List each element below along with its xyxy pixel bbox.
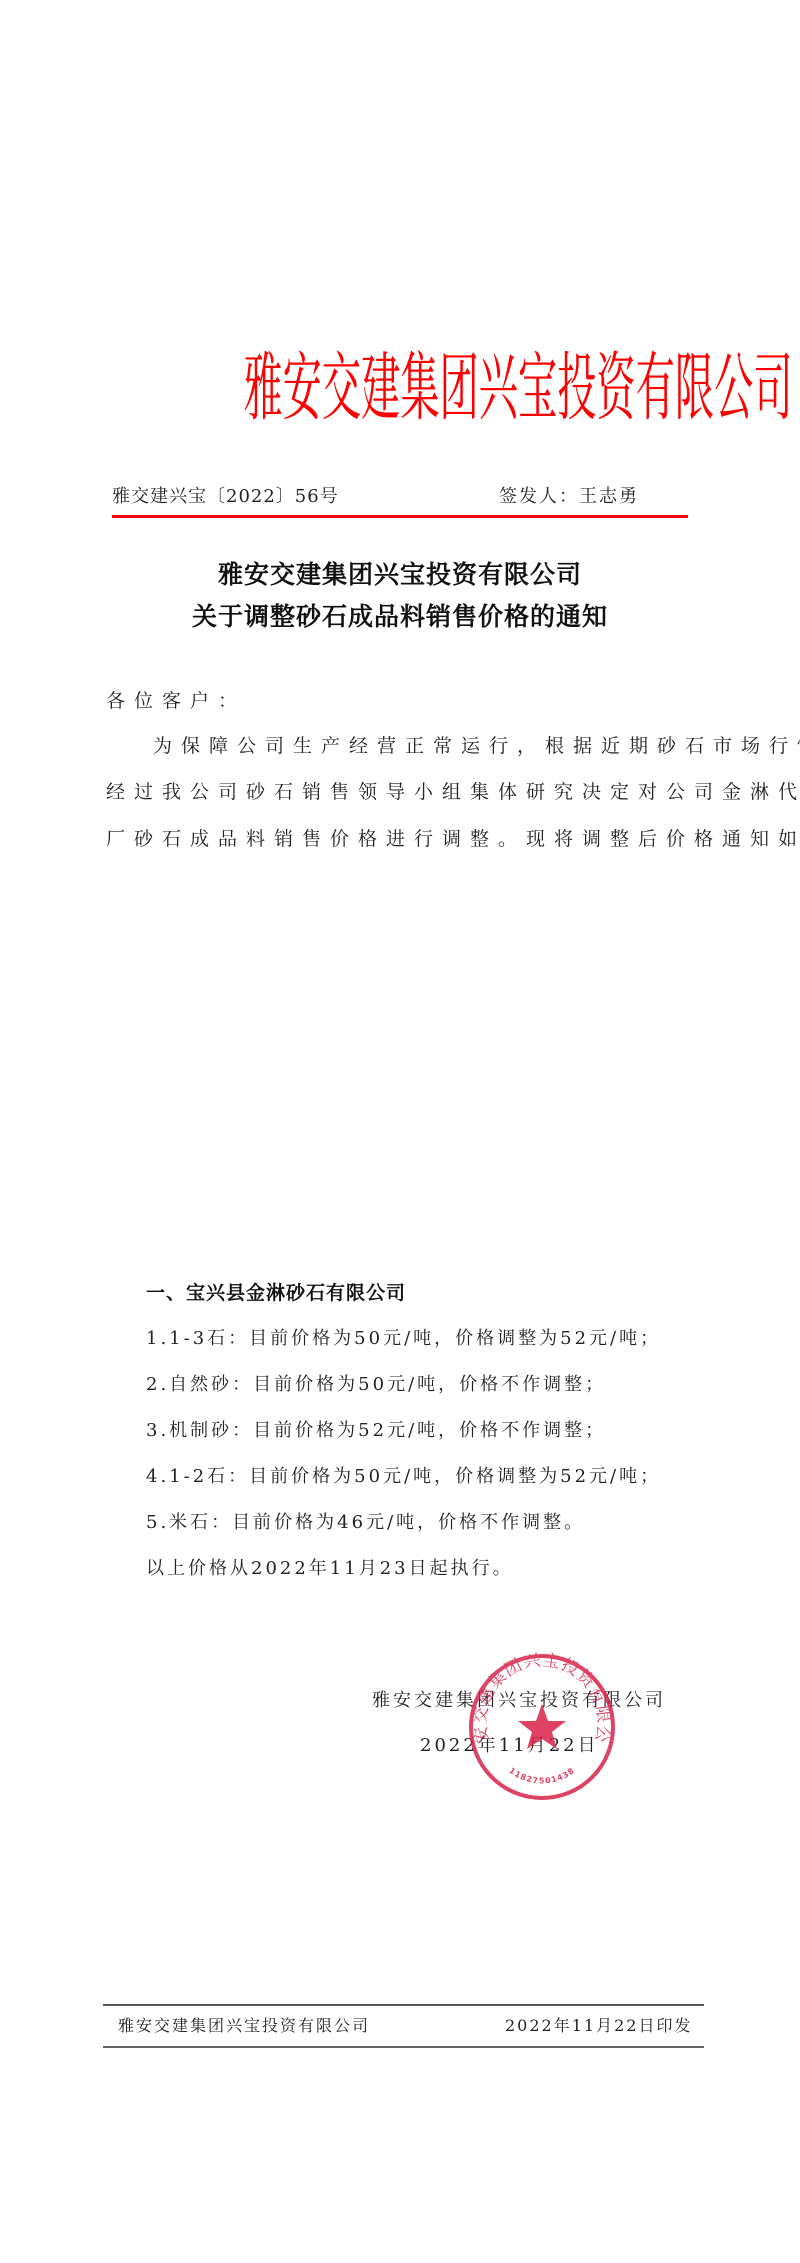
price-item: 3.机制砂：目前价格为52元/吨，价格不作调整； <box>146 1418 606 1444</box>
letterhead-title: 雅安交建集团兴宝投资有限公司 <box>0 336 800 440</box>
letterhead-text: 雅安交建集团兴宝投资有限公司 <box>243 336 792 440</box>
salutation: 各位客户： <box>106 688 246 714</box>
paragraph-line: 为保障公司生产经营正常运行，根据近期砂石市场行情， <box>153 733 800 759</box>
price-item: 5.米石：目前价格为46元/吨，价格不作调整。 <box>146 1510 585 1536</box>
footer-top-rule <box>103 2004 704 2006</box>
footer-company: 雅安交建集团兴宝投资有限公司 <box>118 2013 370 2039</box>
effective-date-note: 以上价格从2022年11月23日起执行。 <box>146 1556 514 1582</box>
price-item: 2.自然砂：目前价格为50元/吨，价格不作调整； <box>146 1372 606 1398</box>
price-item: 1.1-3石：目前价格为50元/吨，价格调整为52元/吨； <box>146 1326 661 1352</box>
company-seal-icon: 雅安交建集团兴宝投资有限公司 5118275014388 <box>467 1652 617 1802</box>
issuer: 签发人：王志勇 <box>499 482 639 512</box>
section-heading: 一、宝兴县金淋砂石有限公司 <box>146 1280 406 1306</box>
reference-row: 雅交建兴宝〔2022〕56号 签发人：王志勇 <box>112 482 688 512</box>
title-line-1: 雅安交建集团兴宝投资有限公司 <box>0 554 800 596</box>
footer-bottom-rule <box>103 2046 704 2048</box>
red-divider <box>112 515 688 518</box>
document-number: 雅交建兴宝〔2022〕56号 <box>112 482 339 512</box>
title-line-2: 关于调整砂石成品料销售价格的通知 <box>0 596 800 638</box>
footer-print-date: 2022年11月22日印发 <box>505 2013 692 2039</box>
price-item: 4.1-2石：目前价格为50元/吨，价格调整为52元/吨； <box>146 1464 661 1490</box>
paragraph-line: 经过我公司砂石销售领导小组集体研究决定对公司金淋代加工 <box>106 779 800 805</box>
paragraph-line: 厂砂石成品料销售价格进行调整。现将调整后价格通知如下： <box>106 826 800 852</box>
notice-title: 雅安交建集团兴宝投资有限公司 关于调整砂石成品料销售价格的通知 <box>0 554 800 638</box>
